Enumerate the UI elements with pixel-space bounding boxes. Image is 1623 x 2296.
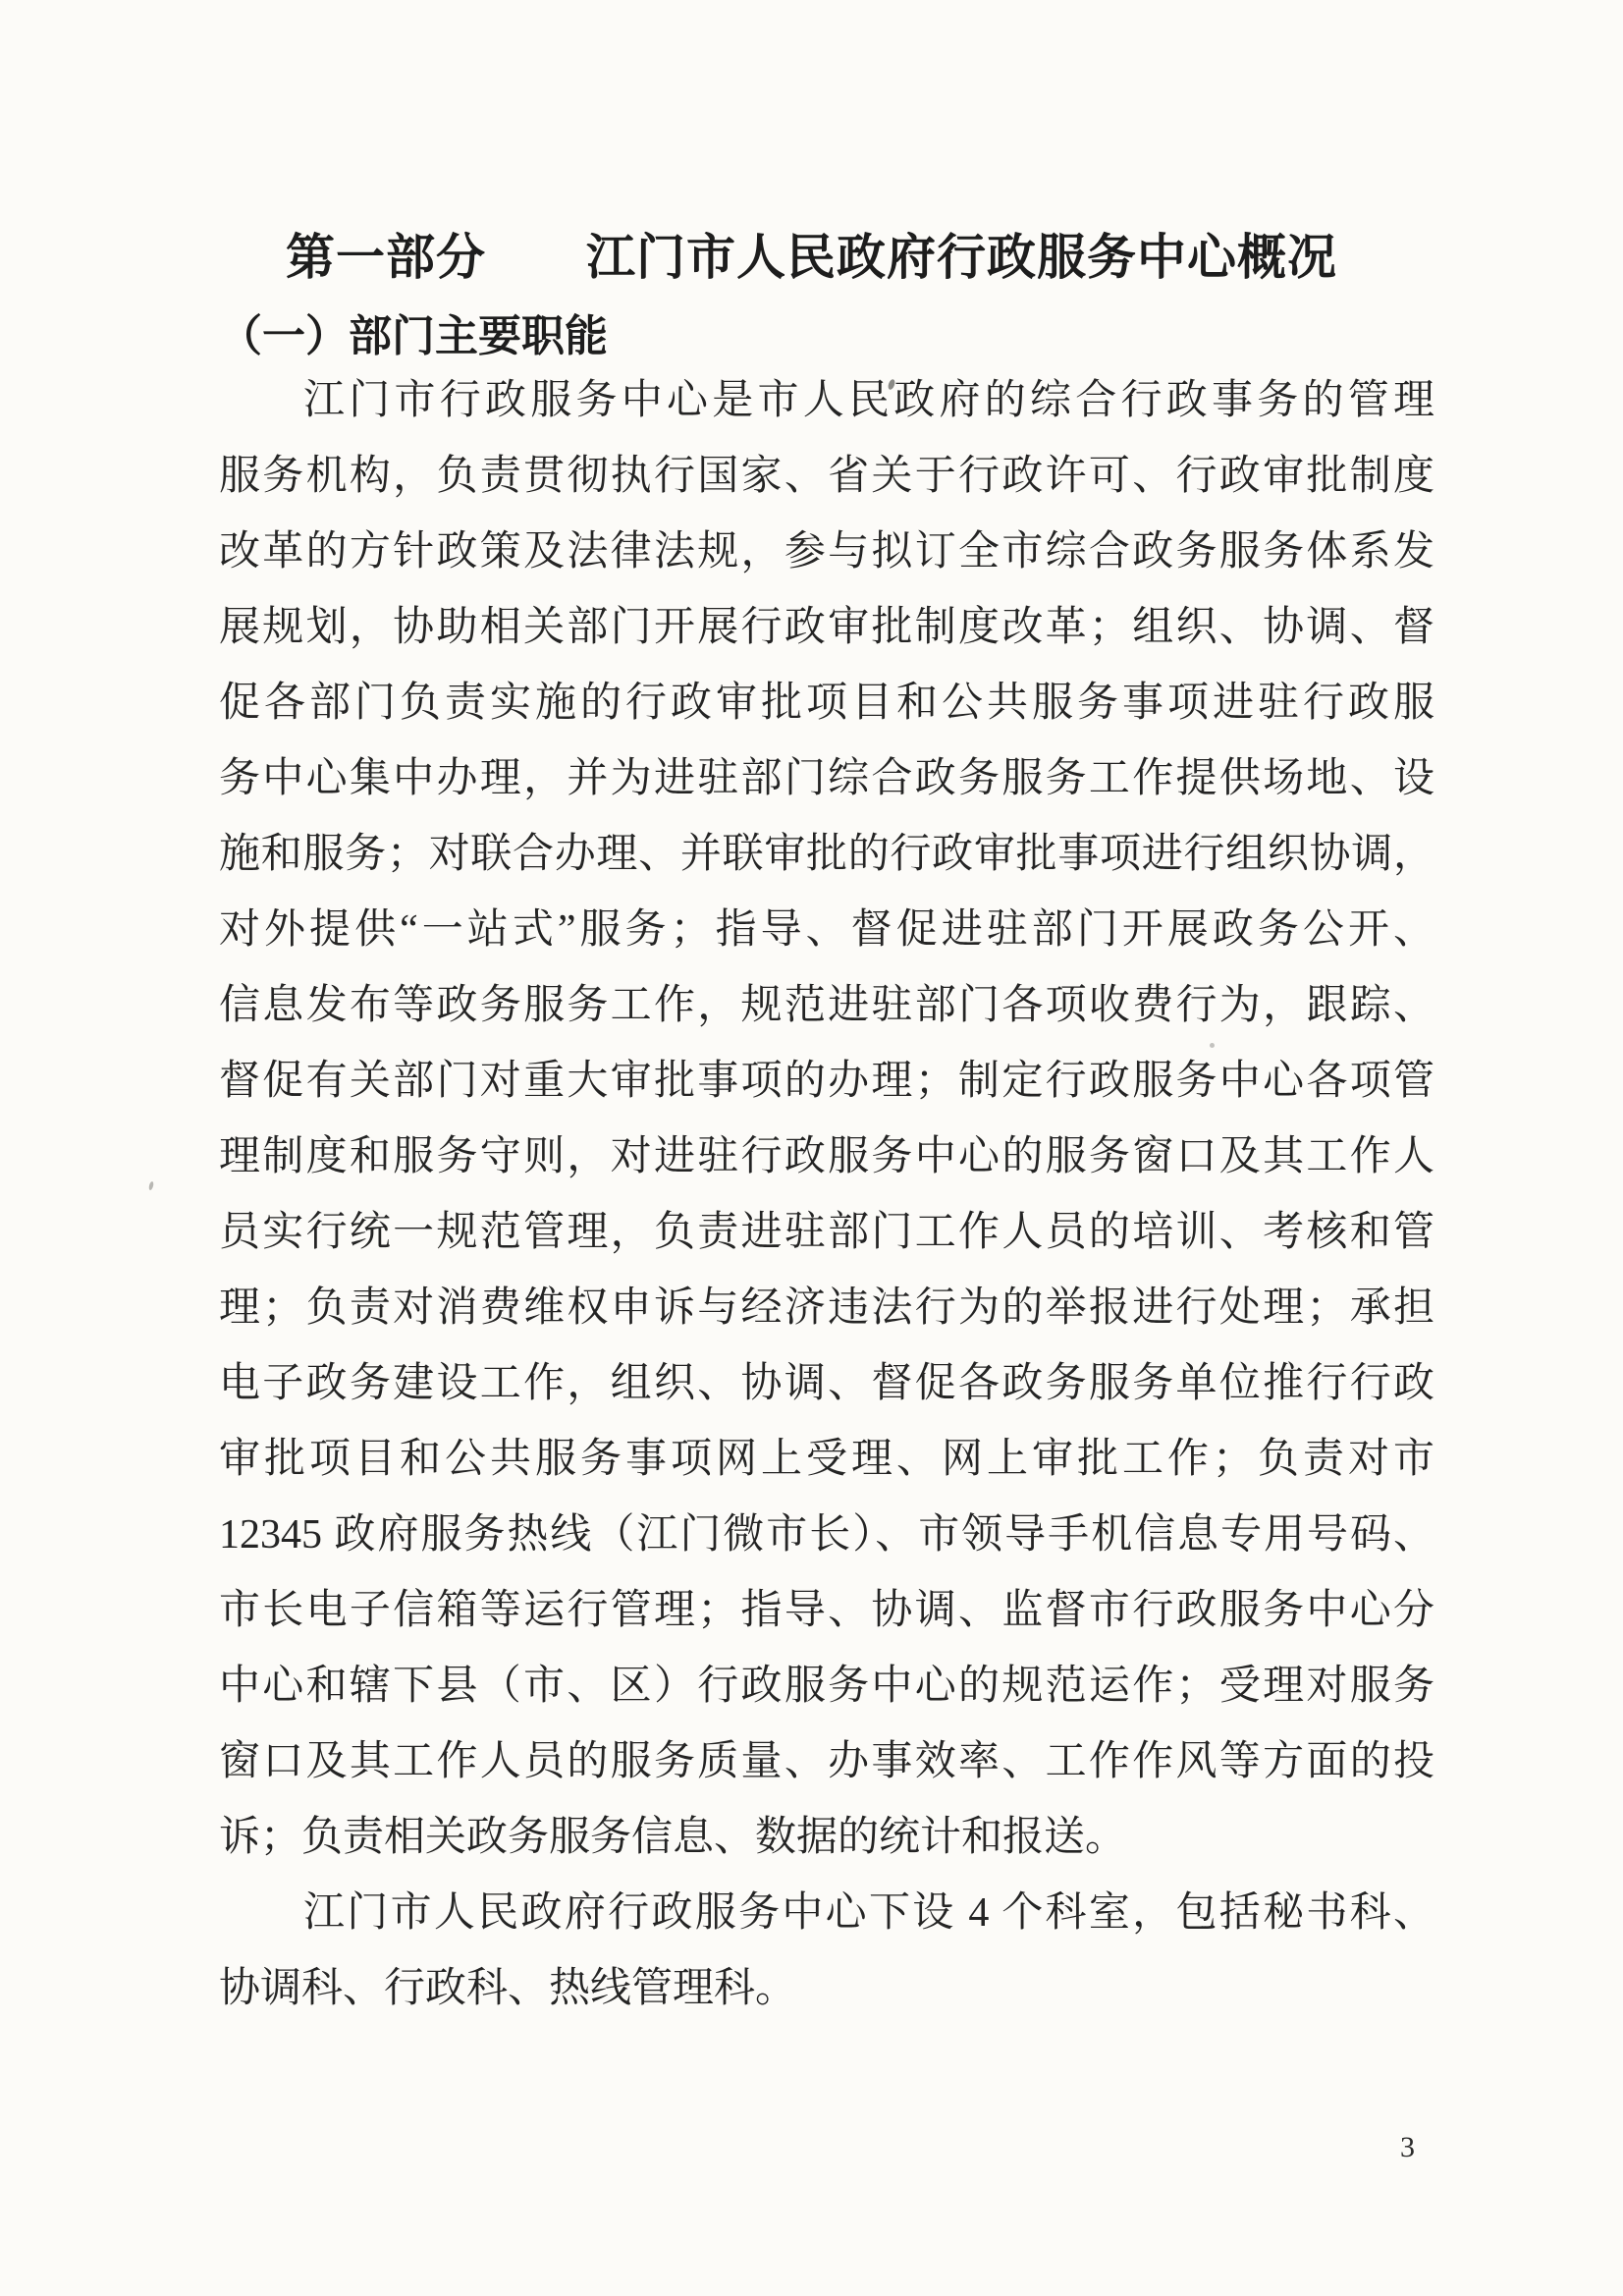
section-heading: （一）部门主要职能 — [219, 301, 608, 363]
body-line: 诉；负责相关政务服务信息、数据的统计和报送。 — [219, 1800, 1434, 1876]
scanned-document-page: 第一部分 江门市人民政府行政服务中心概况 （一）部门主要职能 江门市行政服务中心… — [0, 0, 1623, 2296]
body-line: 展规划，协助相关部门开展行政审批制度改革；组织、协调、督 — [219, 590, 1434, 666]
body-line: 促各部门负责实施的行政审批项目和公共服务事项进驻行政服 — [219, 666, 1434, 741]
body-line: 员实行统一规范管理，负责进驻部门工作人员的培训、考核和管 — [219, 1195, 1434, 1271]
body-line: 江门市行政服务中心是市人民政府的综合行政事务的管理 — [219, 363, 1434, 439]
body-line: 督促有关部门对重大审批事项的办理；制定行政服务中心各项管 — [219, 1044, 1434, 1120]
body-line: 中心和辖下县（市、区）行政服务中心的规范运作；受理对服务 — [219, 1649, 1434, 1724]
body-line: 窗口及其工作人员的服务质量、办事效率、工作作风等方面的投 — [219, 1724, 1434, 1800]
body-line: 服务机构，负责贯彻执行国家、省关于行政许可、行政审批制度 — [219, 439, 1434, 515]
body-line: 理制度和服务守则，对进驻行政服务中心的服务窗口及其工作人 — [219, 1120, 1434, 1195]
document-title: 第一部分 江门市人民政府行政服务中心概况 — [0, 218, 1623, 289]
body-line: 协调科、行政科、热线管理科。 — [219, 1951, 1434, 2027]
body-line: 12345 政府服务热线（江门微市长）、市领导手机信息专用号码、 — [219, 1498, 1434, 1573]
body-line: 信息发布等政务服务工作，规范进驻部门各项收费行为，跟踪、 — [219, 968, 1434, 1044]
scan-speck — [148, 1181, 154, 1191]
scan-speck — [1210, 1043, 1215, 1048]
page-number: 3 — [1400, 2131, 1415, 2164]
body-line: 理；负责对消费维权申诉与经济违法行为的举报进行处理；承担 — [219, 1271, 1434, 1346]
body-line: 施和服务；对联合办理、并联审批的行政审批事项进行组织协调， — [219, 817, 1434, 893]
paragraph-main-functions: 江门市行政服务中心是市人民政府的综合行政事务的管理 服务机构，负责贯彻执行国家、… — [219, 363, 1434, 1876]
body-line: 对外提供“一站式”服务；指导、督促进驻部门开展政务公开、 — [219, 893, 1434, 968]
body-line: 市长电子信箱等运行管理；指导、协调、监督市行政服务中心分 — [219, 1573, 1434, 1649]
body-line: 审批项目和公共服务事项网上受理、网上审批工作；负责对市 — [219, 1422, 1434, 1498]
document-body: 江门市行政服务中心是市人民政府的综合行政事务的管理 服务机构，负责贯彻执行国家、… — [219, 363, 1434, 2027]
body-line: 改革的方针政策及法律法规，参与拟订全市综合政务服务体系发 — [219, 515, 1434, 590]
body-line: 电子政务建设工作，组织、协调、督促各政务服务单位推行行政 — [219, 1346, 1434, 1422]
paragraph-departments: 江门市人民政府行政服务中心下设 4 个科室，包括秘书科、 协调科、行政科、热线管… — [219, 1876, 1434, 2027]
body-line: 务中心集中办理，并为进驻部门综合政务服务工作提供场地、设 — [219, 741, 1434, 817]
body-line: 江门市人民政府行政服务中心下设 4 个科室，包括秘书科、 — [219, 1876, 1434, 1951]
